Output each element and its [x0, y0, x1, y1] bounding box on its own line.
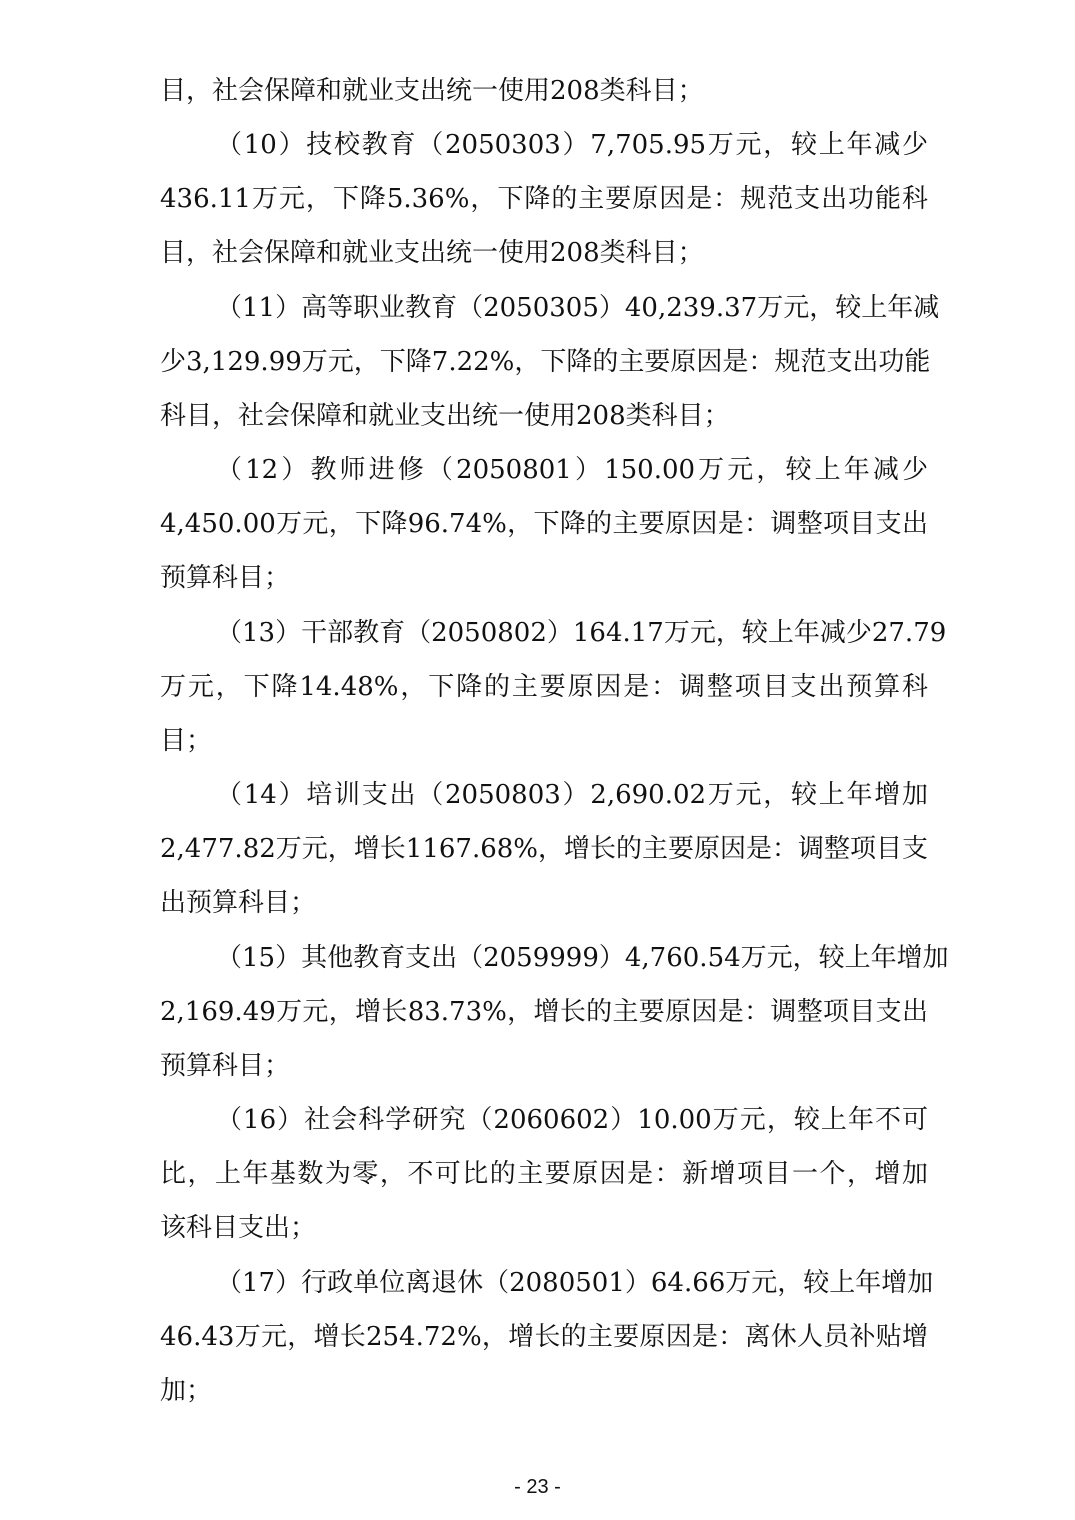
paragraph-line: 该科目支出；: [160, 1201, 928, 1255]
paragraph-line: 出预算科目；: [160, 876, 928, 930]
paragraph-line: 比，上年基数为零，不可比的主要原因是：新增项目一个，增加: [160, 1147, 928, 1201]
paragraph-line: （16）社会科学研究（2060602）10.00万元，较上年不可: [216, 1093, 928, 1147]
paragraph-line: 46.43万元，增长254.72%，增长的主要原因是：离休人员补贴增: [160, 1310, 928, 1364]
paragraph-line: 科目，社会保障和就业支出统一使用208类科目；: [160, 389, 928, 443]
paragraph-line: 目，社会保障和就业支出统一使用208类科目；: [160, 226, 928, 280]
paragraph-line: 预算科目；: [160, 551, 928, 605]
paragraph-line: （10）技校教育（2050303）7,705.95万元，较上年减少: [216, 118, 928, 172]
page-number: - 23 -: [0, 1476, 1075, 1499]
paragraph-line: 预算科目；: [160, 1039, 928, 1093]
paragraph-line: 436.11万元，下降5.36%，下降的主要原因是：规范支出功能科: [160, 172, 928, 226]
paragraph-line: 4,450.00万元，下降96.74%，下降的主要原因是：调整项目支出: [160, 497, 928, 551]
paragraph-line: 少3,129.99万元，下降7.22%，下降的主要原因是：规范支出功能: [160, 335, 928, 389]
paragraph-line: （14）培训支出（2050803）2,690.02万元，较上年增加: [216, 768, 928, 822]
paragraph-line: 目；: [160, 714, 928, 768]
paragraph-line: （13）干部教育（2050802）164.17万元，较上年减少27.79: [216, 606, 928, 660]
paragraph-line: 万元，下降14.48%，下降的主要原因是：调整项目支出预算科: [160, 660, 928, 714]
paragraph-line: （12）教师进修（2050801）150.00万元，较上年减少: [216, 443, 928, 497]
paragraph-line: 2,477.82万元，增长1167.68%，增长的主要原因是：调整项目支: [160, 822, 928, 876]
paragraph-line: 加；: [160, 1364, 928, 1418]
paragraph-line: 目，社会保障和就业支出统一使用208类科目；: [160, 64, 928, 118]
paragraph-line: （15）其他教育支出（2059999）4,760.54万元，较上年增加: [216, 931, 928, 985]
document-page: 目，社会保障和就业支出统一使用208类科目； （10）技校教育（2050303）…: [0, 0, 1075, 1520]
paragraph-line: （11）高等职业教育（2050305）40,239.37万元，较上年减: [216, 281, 928, 335]
paragraph-line: 2,169.49万元，增长83.73%，增长的主要原因是：调整项目支出: [160, 985, 928, 1039]
paragraph-line: （17）行政单位离退休（2080501）64.66万元，较上年增加: [216, 1256, 928, 1310]
